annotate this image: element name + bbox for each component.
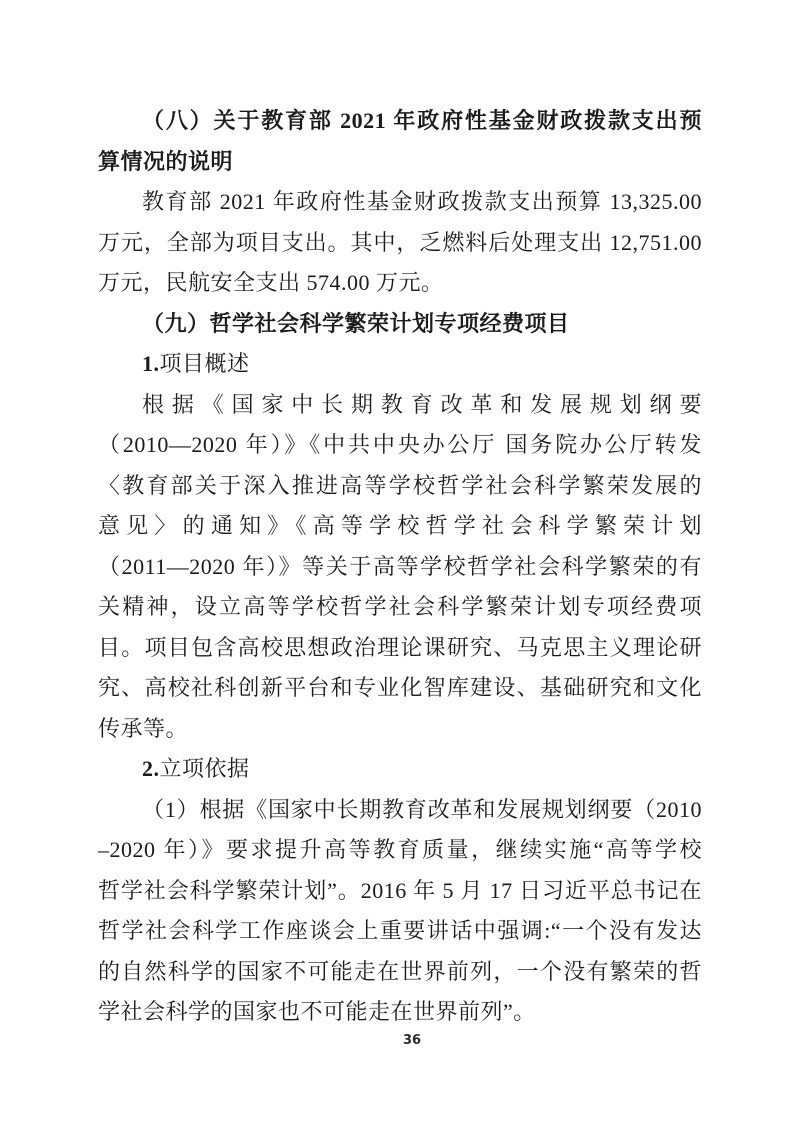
text-line: 根据《国家中长期教育改革和发展规划纲要 <box>98 385 702 426</box>
section-9-heading: （九）哲学社会科学繁荣计划专项经费项目 <box>98 304 702 345</box>
text: （八）关于教育部 <box>142 108 340 133</box>
text-line: 〈教育部关于深入推进高等学校哲学社会科学繁荣发展的 <box>98 466 702 507</box>
section-8-body: 教育部 2021 年政府性基金财政拨款支出预算 13,325.00万元，全部为项… <box>98 182 702 304</box>
text: 万元，全部为项目支出。其中，乏燃料后处理支出 12,751.00 <box>98 230 702 255</box>
document-body: （八）关于教育部 2021 年政府性基金财政拨款支出预算情况的说明教育部 202… <box>98 101 702 1033</box>
text: 传承等。 <box>98 716 188 741</box>
text: 哲学社会科学工作座谈会上重要讲话中强调:“一个没有发达 <box>98 918 702 943</box>
text: 的自然科学的国家不可能走在世界前列，一个没有繁荣的哲 <box>98 959 702 984</box>
text: 项目概述 <box>160 351 250 376</box>
text: 哲学社会科学繁荣计划”。2016 年 5 月 17 日习近平总书记在 <box>98 878 702 903</box>
page-number: 36 <box>403 1033 421 1048</box>
text-line: 算情况的说明 <box>98 142 702 183</box>
text: （1）根据《国家中长期教育改革和发展规划纲要（2010 <box>142 797 702 822</box>
text-line: （八）关于教育部 2021 年政府性基金财政拨款支出预 <box>98 101 702 142</box>
text-line: 2.立项依据 <box>98 749 702 790</box>
text-line: 意见〉的通知》《高等学校哲学社会科学繁荣计划 <box>98 506 702 547</box>
text-line: 目。项目包含高校思想政治理论课研究、马克思主义理论研 <box>98 628 702 669</box>
subsection-1-body: 根据《国家中长期教育改革和发展规划纲要（2010—2020 年）》《中共中央办公… <box>98 385 702 750</box>
subsection-2-body: （1）根据《国家中长期教育改革和发展规划纲要（2010–2020 年）》要求提升… <box>98 790 702 1033</box>
text: 〈教育部关于深入推进高等学校哲学社会科学繁荣发展的 <box>98 473 702 498</box>
text: （2011—2020 年）》等关于高等学校哲学社会科学繁荣的有 <box>98 554 702 579</box>
text-line: 传承等。 <box>98 709 702 750</box>
text: 意见〉的通知》《高等学校哲学社会科学繁荣计划 <box>98 513 702 538</box>
bold-text: 2021 <box>340 108 386 133</box>
text: 立项依据 <box>160 756 250 781</box>
bold-text: 2. <box>142 756 160 781</box>
text-line: 究、高校社科创新平台和专业化智库建设、基础研究和文化 <box>98 668 702 709</box>
text-line: （1）根据《国家中长期教育改革和发展规划纲要（2010 <box>98 790 702 831</box>
text-line: 的自然科学的国家不可能走在世界前列，一个没有繁荣的哲 <box>98 952 702 993</box>
text-line: 教育部 2021 年政府性基金财政拨款支出预算 13,325.00 <box>98 182 702 223</box>
text: 万元，民航安全支出 574.00 万元。 <box>98 270 444 295</box>
text-line: （2010—2020 年）》《中共中央办公厅 国务院办公厅转发 <box>98 425 702 466</box>
text-line: 万元，民航安全支出 574.00 万元。 <box>98 263 702 304</box>
text-line: –2020 年）》要求提升高等教育质量，继续实施“高等学校 <box>98 830 702 871</box>
text-line: 关精神，设立高等学校哲学社会科学繁荣计划专项经费项 <box>98 587 702 628</box>
text: （九）哲学社会科学繁荣计划专项经费项目 <box>142 311 570 336</box>
text: （2010—2020 年）》《中共中央办公厅 国务院办公厅转发 <box>98 432 702 457</box>
text: 算情况的说明 <box>98 149 233 174</box>
text-line: 学社会科学的国家也不可能走在世界前列”。 <box>98 992 702 1033</box>
text: 学社会科学的国家也不可能走在世界前列”。 <box>98 999 536 1024</box>
text-line: （九）哲学社会科学繁荣计划专项经费项目 <box>98 304 702 345</box>
bold-text: 1. <box>142 351 160 376</box>
text: 究、高校社科创新平台和专业化智库建设、基础研究和文化 <box>98 675 702 700</box>
document-page: （八）关于教育部 2021 年政府性基金财政拨款支出预算情况的说明教育部 202… <box>0 0 800 1131</box>
page-footer: 36 <box>0 1031 800 1049</box>
section-8-heading: （八）关于教育部 2021 年政府性基金财政拨款支出预算情况的说明 <box>98 101 702 182</box>
text-line: 万元，全部为项目支出。其中，乏燃料后处理支出 12,751.00 <box>98 223 702 264</box>
text: 目。项目包含高校思想政治理论课研究、马克思主义理论研 <box>98 635 702 660</box>
text: –2020 年）》要求提升高等教育质量，继续实施“高等学校 <box>98 837 702 862</box>
text: 教育部 2021 年政府性基金财政拨款支出预算 13,325.00 <box>142 189 702 214</box>
text-line: 哲学社会科学繁荣计划”。2016 年 5 月 17 日习近平总书记在 <box>98 871 702 912</box>
text-line: 哲学社会科学工作座谈会上重要讲话中强调:“一个没有发达 <box>98 911 702 952</box>
text: 关精神，设立高等学校哲学社会科学繁荣计划专项经费项 <box>98 594 702 619</box>
text-line: （2011—2020 年）》等关于高等学校哲学社会科学繁荣的有 <box>98 547 702 588</box>
text: 年政府性基金财政拨款支出预 <box>386 108 702 133</box>
subsection-2-heading: 2.立项依据 <box>98 749 702 790</box>
subsection-1-heading: 1.项目概述 <box>98 344 702 385</box>
text-line: 1.项目概述 <box>98 344 702 385</box>
text: 根据《国家中长期教育改革和发展规划纲要 <box>142 392 702 417</box>
